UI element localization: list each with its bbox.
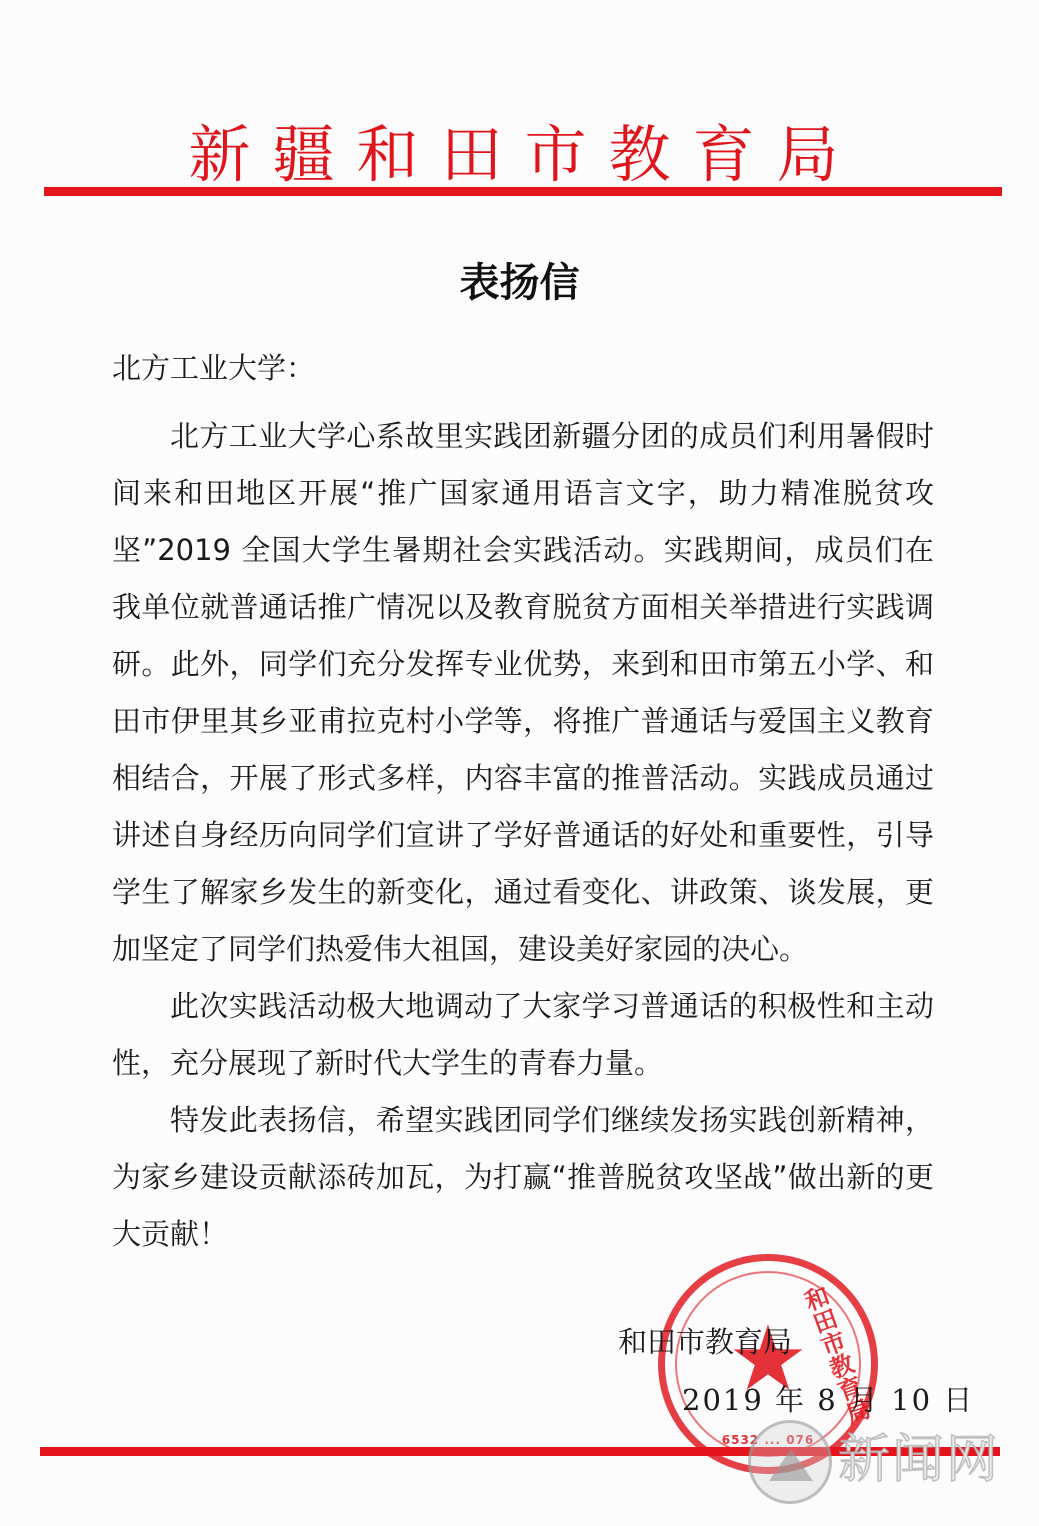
university-logo-icon [748,1420,832,1504]
watermark-text: 新闻网 [838,1428,1000,1492]
mountain-icon [769,1449,813,1481]
signature: 和田市教育局 [618,1322,792,1362]
paragraph-2: 此次实践活动极大地调动了大家学习普通话的积极性和主动性，充分展现了新时代大学生的… [112,978,934,1092]
document-title: 表扬信 [0,258,1039,308]
paragraph-1: 北方工业大学心系故里实践团新疆分团的成员们利用暑假时间来和田地区开展“推广国家通… [112,408,934,978]
letterhead-rule [44,187,1002,196]
letter-body: 北方工业大学心系故里实践团新疆分团的成员们利用暑假时间来和田地区开展“推广国家通… [112,408,934,1263]
paragraph-3: 特发此表扬信，希望实践团同学们继续发扬实践创新精神，为家乡建设贡献添砖加瓦，为打… [112,1092,934,1263]
salutation: 北方工业大学： [112,348,315,388]
date: 2019 年 8 月 10 日 [682,1380,974,1420]
letterhead-title: 新疆和田市教育局 [0,120,1039,190]
